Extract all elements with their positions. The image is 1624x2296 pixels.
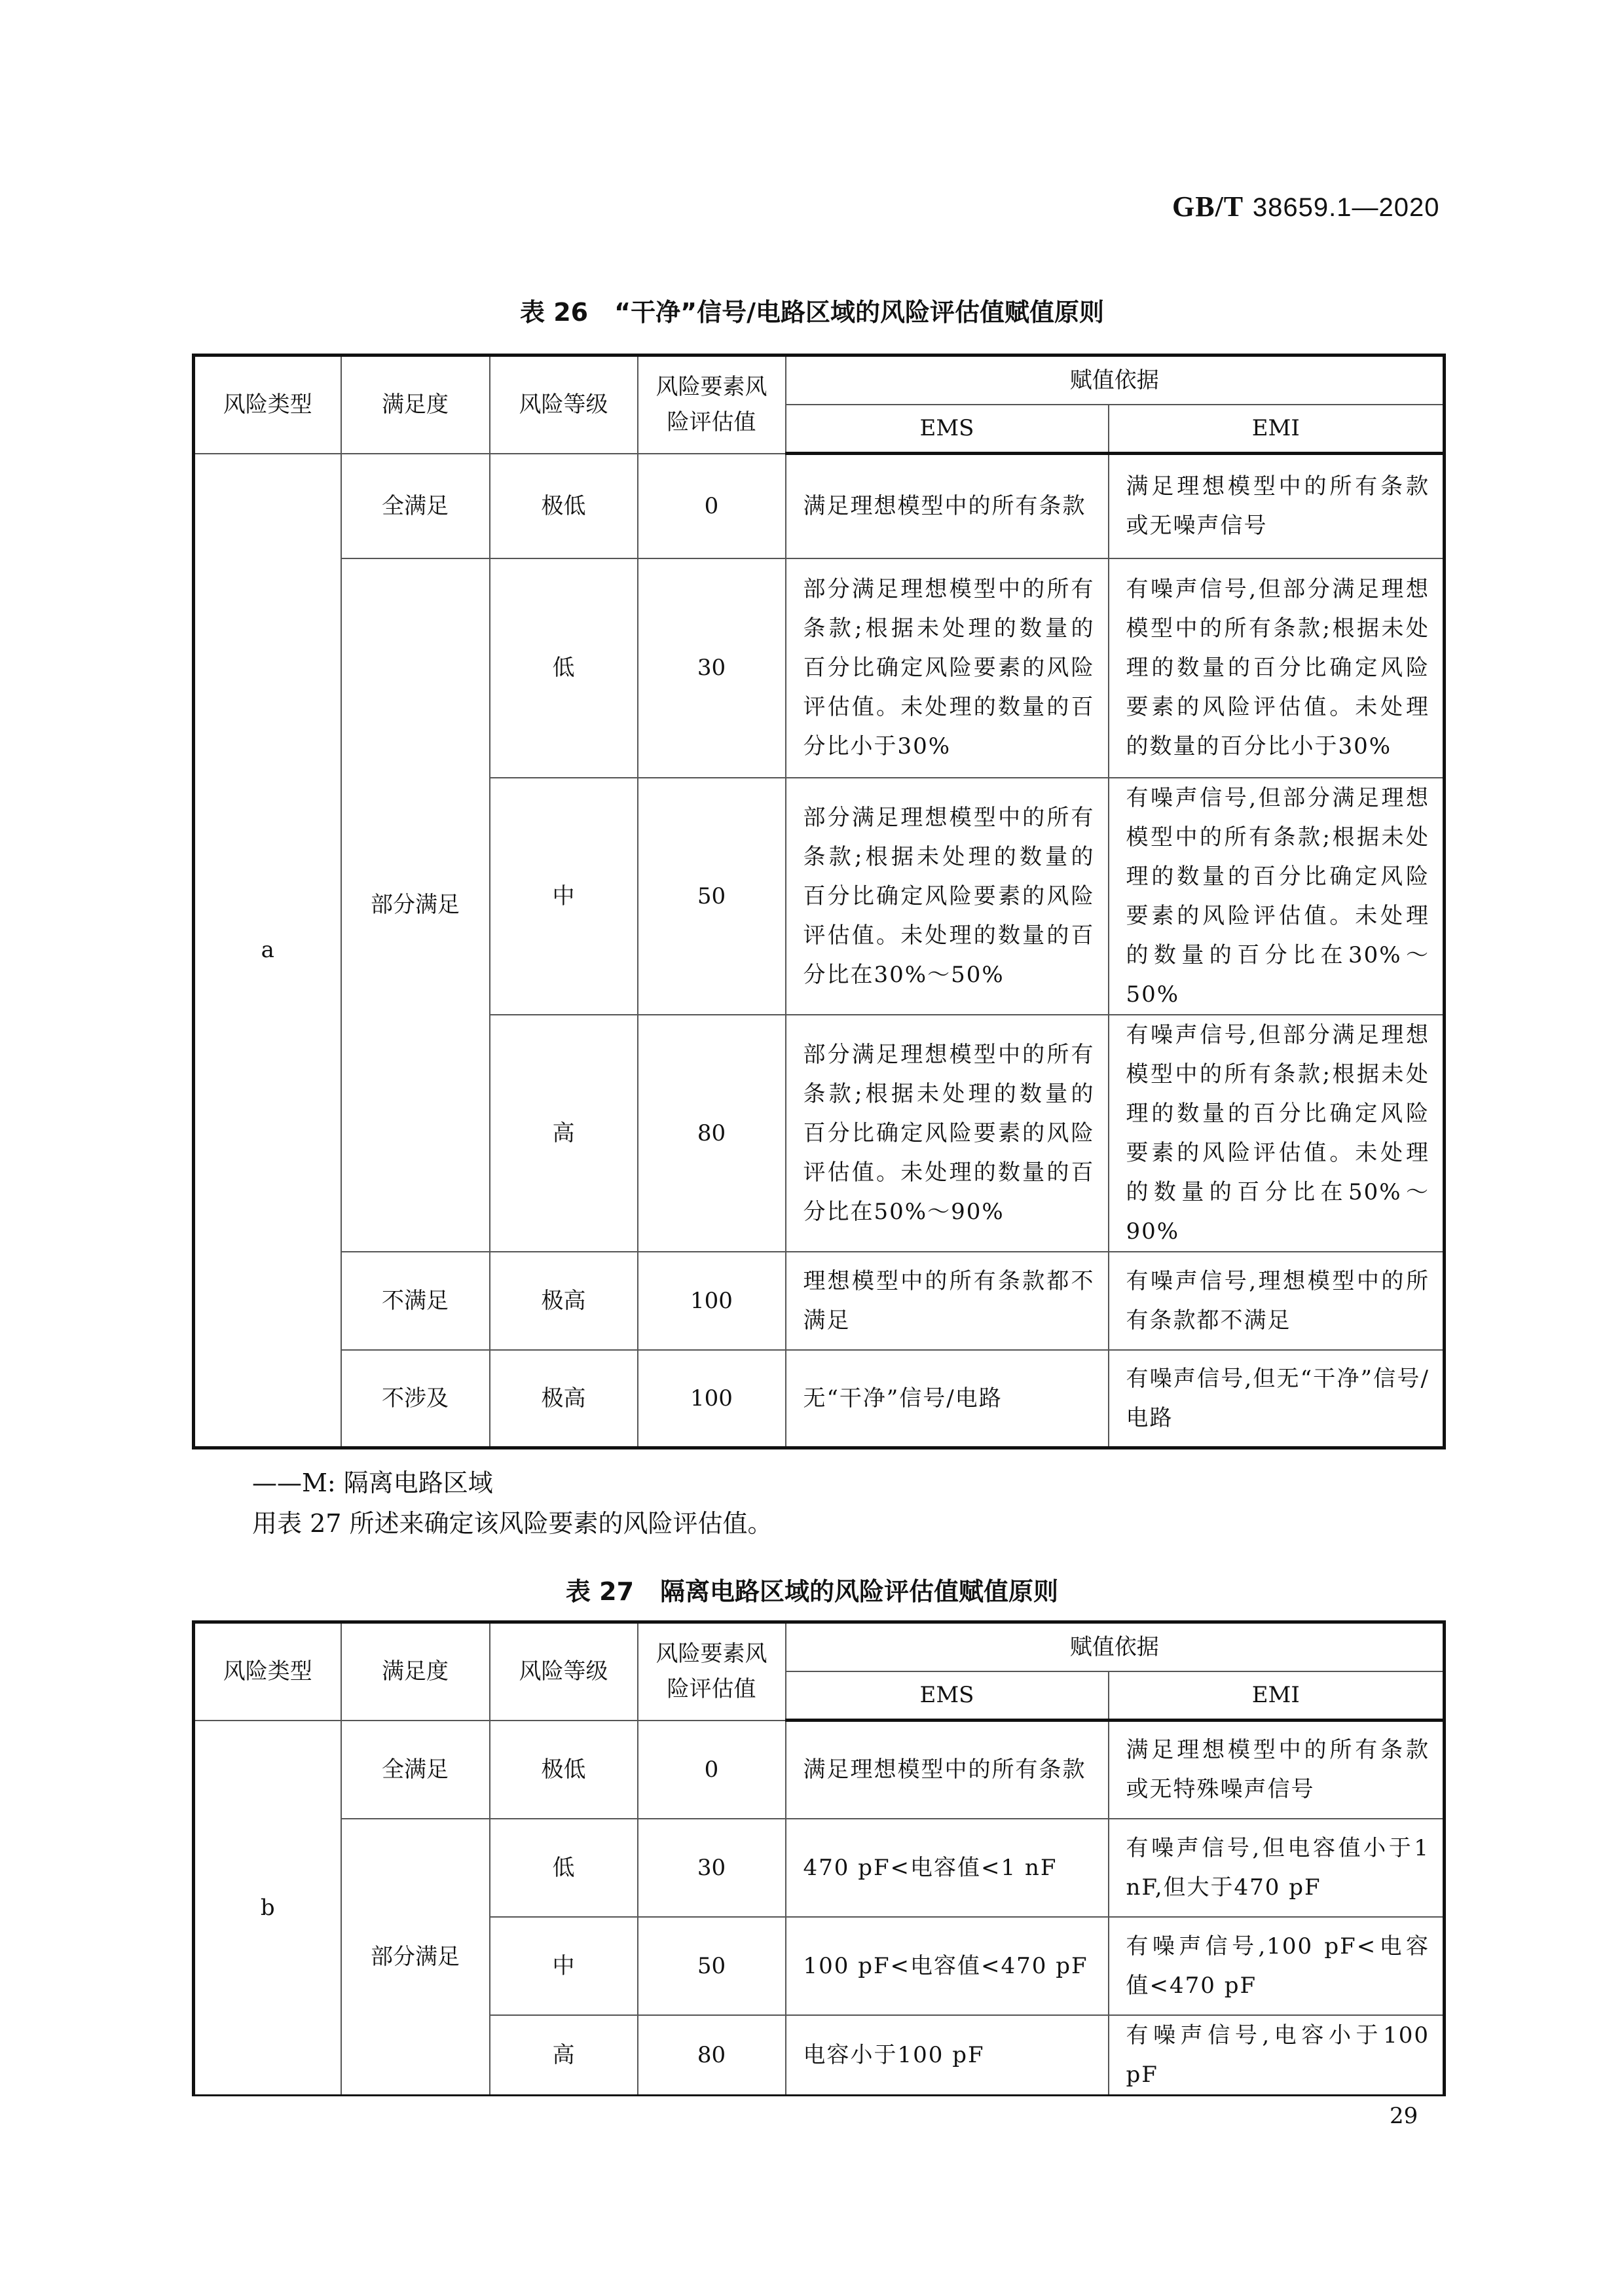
value-cell: 0 xyxy=(638,1721,786,1819)
satisfaction-cell: 全满足 xyxy=(341,454,490,558)
emi-cell: 有噪声信号,理想模型中的所有条款都不满足 xyxy=(1109,1252,1445,1350)
emi-cell: 有噪声信号,但部分满足理想模型中的所有条款;根据未处理的数量的百分比确定风险要素… xyxy=(1109,558,1445,778)
level-cell: 中 xyxy=(490,778,638,1015)
table-26-title: “干净”信号/电路区域的风险评估值赋值原则 xyxy=(614,298,1104,327)
emi-cell: 满足理想模型中的所有条款或无噪声信号 xyxy=(1109,454,1445,558)
emi-cell: 有噪声信号,电容小于100 pF xyxy=(1109,2015,1445,2096)
ems-cell: 理想模型中的所有条款都不满足 xyxy=(786,1252,1109,1350)
value-cell: 80 xyxy=(638,2015,786,2096)
level-cell: 极高 xyxy=(490,1350,638,1448)
ems-cell: 电容小于100 pF xyxy=(786,2015,1109,2096)
ems-cell: 470 pF<电容值<1 nF xyxy=(786,1819,1109,1917)
standard-prefix: GB/T xyxy=(1172,191,1244,223)
value-cell: 50 xyxy=(638,778,786,1015)
col-risk-type: 风险类型 xyxy=(194,1622,341,1721)
ems-cell: 部分满足理想模型中的所有条款;根据未处理的数量的百分比确定风险要素的风险评估值。… xyxy=(786,1015,1109,1252)
col-risk-type: 风险类型 xyxy=(194,355,341,454)
value-cell: 50 xyxy=(638,1917,786,2015)
instruction-sentence: 用表 27 所述来确定该风险要素的风险评估值。 xyxy=(252,1503,773,1539)
level-cell: 低 xyxy=(490,1819,638,1917)
value-cell: 30 xyxy=(638,1819,786,1917)
table-row: 部分满足 低 30 部分满足理想模型中的所有条款;根据未处理的数量的百分比确定风… xyxy=(194,558,1445,778)
table-row: 不涉及 极高 100 无“干净”信号/电路 有噪声信号,但无“干净”信号/电路 xyxy=(194,1350,1445,1448)
value-cell: 0 xyxy=(638,454,786,558)
ems-cell: 部分满足理想模型中的所有条款;根据未处理的数量的百分比确定风险要素的风险评估值。… xyxy=(786,558,1109,778)
level-cell: 高 xyxy=(490,2015,638,2096)
satisfaction-cell: 不满足 xyxy=(341,1252,490,1350)
emi-cell: 有噪声信号,100 pF<电容值<470 pF xyxy=(1109,1917,1445,2015)
col-basis: 赋值依据 xyxy=(786,1622,1445,1671)
standard-number: 38659.1—2020 xyxy=(1253,193,1440,222)
emi-cell: 有噪声信号,但无“干净”信号/电路 xyxy=(1109,1350,1445,1448)
table-27-title: 隔离电路区域的风险评估值赋值原则 xyxy=(660,1577,1058,1606)
page-number: 29 xyxy=(1390,2103,1418,2129)
emi-cell: 有噪声信号,但部分满足理想模型中的所有条款;根据未处理的数量的百分比确定风险要素… xyxy=(1109,778,1445,1015)
value-cell: 100 xyxy=(638,1350,786,1448)
col-emi: EMI xyxy=(1109,1671,1445,1721)
risk-type-cell: a xyxy=(194,454,341,1448)
table-27: 风险类型 满足度 风险等级 风险要素风险评估值 赋值依据 EMS EMI b 全… xyxy=(192,1620,1446,2096)
standard-code: GB/T 38659.1—2020 xyxy=(1172,190,1439,223)
satisfaction-cell: 部分满足 xyxy=(341,558,490,1252)
value-cell: 30 xyxy=(638,558,786,778)
ems-cell: 满足理想模型中的所有条款 xyxy=(786,454,1109,558)
item-m-line: ——M: 隔离电路区域 xyxy=(252,1463,493,1499)
col-ems: EMS xyxy=(786,405,1109,454)
col-risk-level: 风险等级 xyxy=(490,355,638,454)
ems-cell: 满足理想模型中的所有条款 xyxy=(786,1721,1109,1819)
risk-type-cell: b xyxy=(194,1721,341,2096)
table-row: 部分满足 低 30 470 pF<电容值<1 nF 有噪声信号,但电容值小于1 … xyxy=(194,1819,1445,1917)
table-27-caption: 表 27隔离电路区域的风险评估值赋值原则 xyxy=(0,1571,1624,1607)
level-cell: 低 xyxy=(490,558,638,778)
level-cell: 中 xyxy=(490,1917,638,2015)
col-risk-value: 风险要素风险评估值 xyxy=(638,1622,786,1721)
table-27-number: 表 27 xyxy=(566,1577,634,1606)
value-cell: 100 xyxy=(638,1252,786,1350)
col-satisfaction: 满足度 xyxy=(341,355,490,454)
level-cell: 极高 xyxy=(490,1252,638,1350)
table-row: b 全满足 极低 0 满足理想模型中的所有条款 满足理想模型中的所有条款或无特殊… xyxy=(194,1721,1445,1819)
ems-cell: 部分满足理想模型中的所有条款;根据未处理的数量的百分比确定风险要素的风险评估值。… xyxy=(786,778,1109,1015)
ems-cell: 100 pF<电容值<470 pF xyxy=(786,1917,1109,2015)
level-cell: 极低 xyxy=(490,454,638,558)
level-cell: 高 xyxy=(490,1015,638,1252)
table-26-number: 表 26 xyxy=(520,298,588,327)
satisfaction-cell: 全满足 xyxy=(341,1721,490,1819)
table-26-caption: 表 26“干净”信号/电路区域的风险评估值赋值原则 xyxy=(0,292,1624,328)
level-cell: 极低 xyxy=(490,1721,638,1819)
col-satisfaction: 满足度 xyxy=(341,1622,490,1721)
table-row: 不满足 极高 100 理想模型中的所有条款都不满足 有噪声信号,理想模型中的所有… xyxy=(194,1252,1445,1350)
value-cell: 80 xyxy=(638,1015,786,1252)
col-risk-level: 风险等级 xyxy=(490,1622,638,1721)
satisfaction-cell: 不涉及 xyxy=(341,1350,490,1448)
col-ems: EMS xyxy=(786,1671,1109,1721)
col-risk-value: 风险要素风险评估值 xyxy=(638,355,786,454)
table-26: 风险类型 满足度 风险等级 风险要素风险评估值 赋值依据 EMS EMI a 全… xyxy=(192,354,1446,1449)
emi-cell: 满足理想模型中的所有条款或无特殊噪声信号 xyxy=(1109,1721,1445,1819)
emi-cell: 有噪声信号,但电容值小于1 nF,但大于470 pF xyxy=(1109,1819,1445,1917)
col-emi: EMI xyxy=(1109,405,1445,454)
satisfaction-cell: 部分满足 xyxy=(341,1819,490,2096)
table-row: a 全满足 极低 0 满足理想模型中的所有条款 满足理想模型中的所有条款或无噪声… xyxy=(194,454,1445,558)
ems-cell: 无“干净”信号/电路 xyxy=(786,1350,1109,1448)
col-basis: 赋值依据 xyxy=(786,355,1445,405)
emi-cell: 有噪声信号,但部分满足理想模型中的所有条款;根据未处理的数量的百分比确定风险要素… xyxy=(1109,1015,1445,1252)
